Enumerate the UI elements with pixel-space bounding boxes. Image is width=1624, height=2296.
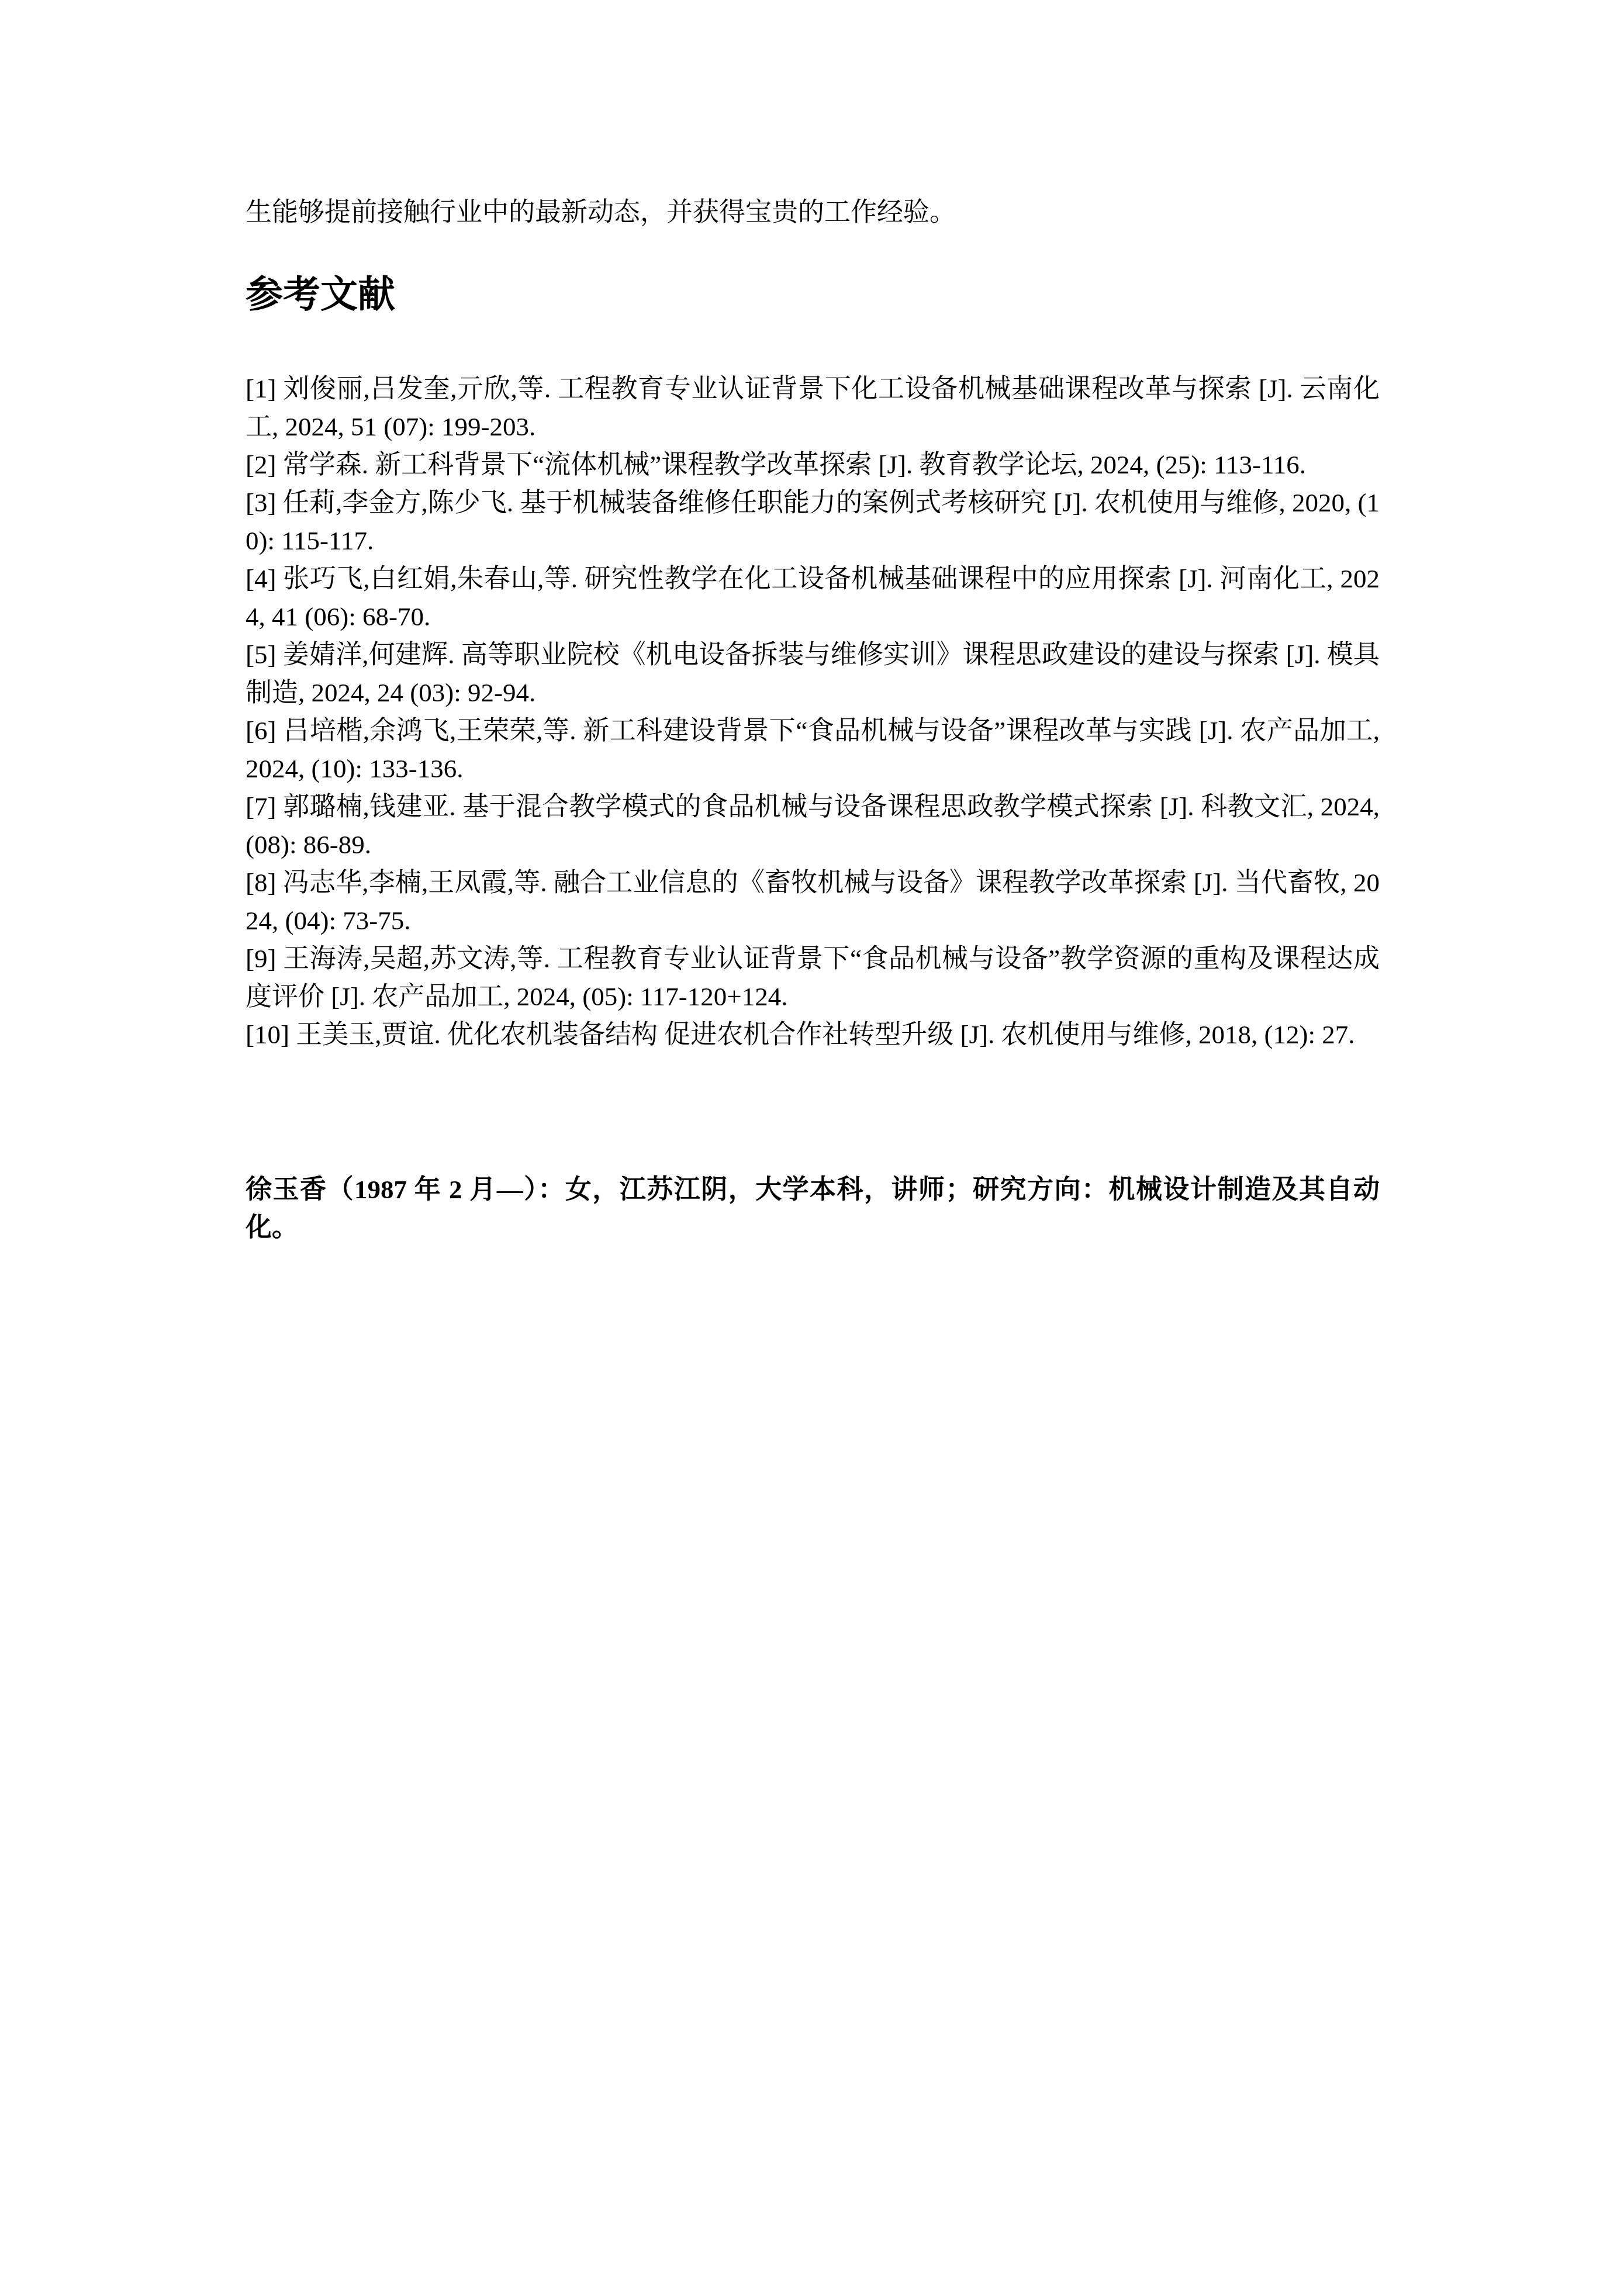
references-heading: 参考文献 [246, 274, 1380, 316]
intro-paragraph: 生能够提前接触行业中的最新动态，并获得宝贵的工作经验。 [246, 193, 1380, 231]
reference-item: [10] 王美玉,贾谊. 优化农机装备结构 促进农机合作社转型升级 [J]. 农… [246, 1016, 1380, 1054]
reference-list: [1] 刘俊丽,吕发奎,亓欣,等. 工程教育专业认证背景下化工设备机械基础课程改… [246, 370, 1380, 1054]
reference-item: [9] 王海涛,吴超,苏文涛,等. 工程教育专业认证背景下“食品机械与设备”教学… [246, 940, 1380, 1016]
reference-item: [8] 冯志华,李楠,王凤霞,等. 融合工业信息的《畜牧机械与设备》课程教学改革… [246, 864, 1380, 940]
reference-item: [4] 张巧飞,白红娟,朱春山,等. 研究性教学在化工设备机械基础课程中的应用探… [246, 560, 1380, 636]
reference-item: [7] 郭璐楠,钱建亚. 基于混合教学模式的食品机械与设备课程思政教学模式探索 … [246, 788, 1380, 864]
reference-item: [5] 姜婧洋,何建辉. 高等职业院校《机电设备拆装与维修实训》课程思政建设的建… [246, 636, 1380, 712]
reference-item: [1] 刘俊丽,吕发奎,亓欣,等. 工程教育专业认证背景下化工设备机械基础课程改… [246, 370, 1380, 446]
author-bio: 徐玉香（1987 年 2 月—）：女，江苏江阴，大学本科，讲师；研究方向：机械设… [246, 1171, 1380, 1247]
reference-item: [2] 常学森. 新工科背景下“流体机械”课程教学改革探索 [J]. 教育教学论… [246, 446, 1380, 484]
reference-item: [6] 吕培楷,余鸿飞,王荣荣,等. 新工科建设背景下“食品机械与设备”课程改革… [246, 712, 1380, 788]
document-page: 生能够提前接触行业中的最新动态，并获得宝贵的工作经验。 参考文献 [1] 刘俊丽… [0, 0, 1624, 2296]
reference-item: [3] 任莉,李金方,陈少飞. 基于机械装备维修任职能力的案例式考核研究 [J]… [246, 484, 1380, 560]
